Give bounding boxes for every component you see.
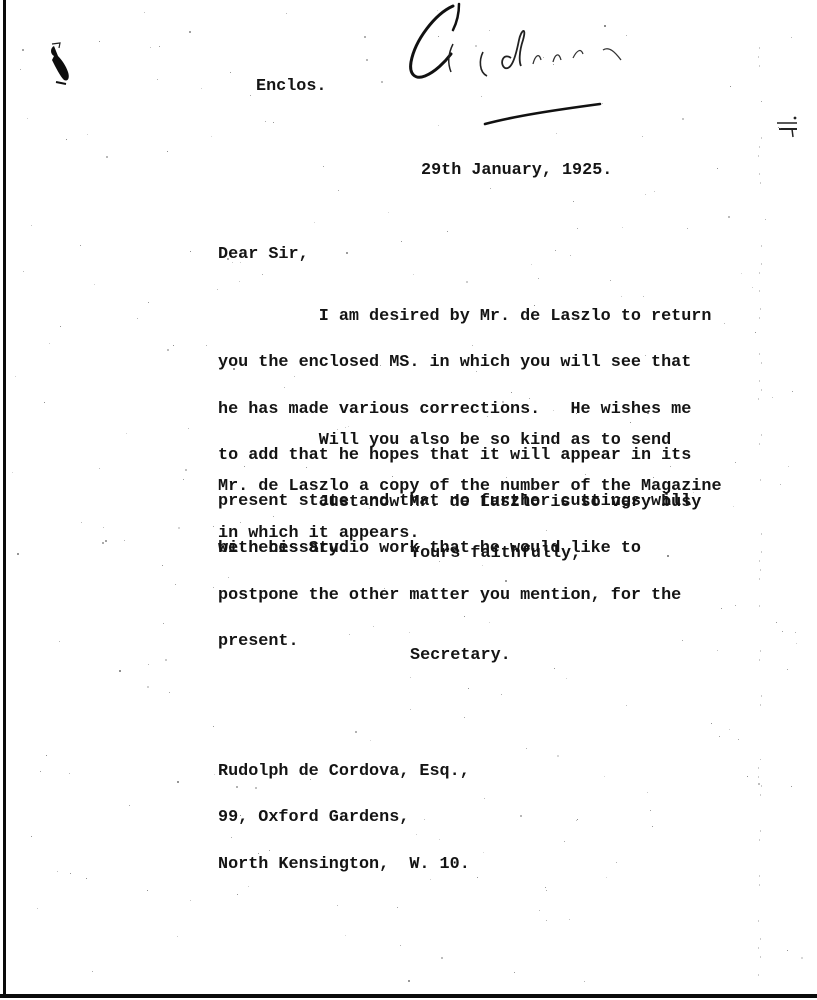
paragraph-line: you the enclosed MS. in which you will s… xyxy=(218,355,711,370)
scan-bottom-edge xyxy=(0,994,817,998)
address-line: Rudolph de Cordova, Esq., xyxy=(218,764,470,779)
scan-left-edge xyxy=(3,0,6,997)
handwritten-annotation xyxy=(395,0,635,135)
clip-mark-icon xyxy=(32,40,82,90)
paragraph-line: postpone the other matter you mention, f… xyxy=(218,588,701,603)
address-line: North Kensington, W. 10. xyxy=(218,857,470,872)
address-line: 99, Oxford Gardens, xyxy=(218,810,470,825)
letter-date: 29th January, 1925. xyxy=(421,163,612,178)
signature-title: Secretary. xyxy=(410,648,511,663)
salutation: Dear Sir, xyxy=(218,247,309,262)
paragraph-line: Will you also be so kind as to send xyxy=(218,433,722,448)
paragraph-line: Just now Mr. de Laszlo is so very busy xyxy=(218,495,701,510)
recipient-address: Rudolph de Cordova, Esq., 99, Oxford Gar… xyxy=(218,733,470,903)
enclosure-note: Enclos. xyxy=(256,79,327,94)
margin-mark xyxy=(765,115,805,155)
paragraph-line: I am desired by Mr. de Laszlo to return xyxy=(218,309,711,324)
letter-page: Enclos. 29th January, 1925. Dear Sir, I … xyxy=(0,0,817,1000)
closing: Yours faithfully, xyxy=(410,546,581,561)
